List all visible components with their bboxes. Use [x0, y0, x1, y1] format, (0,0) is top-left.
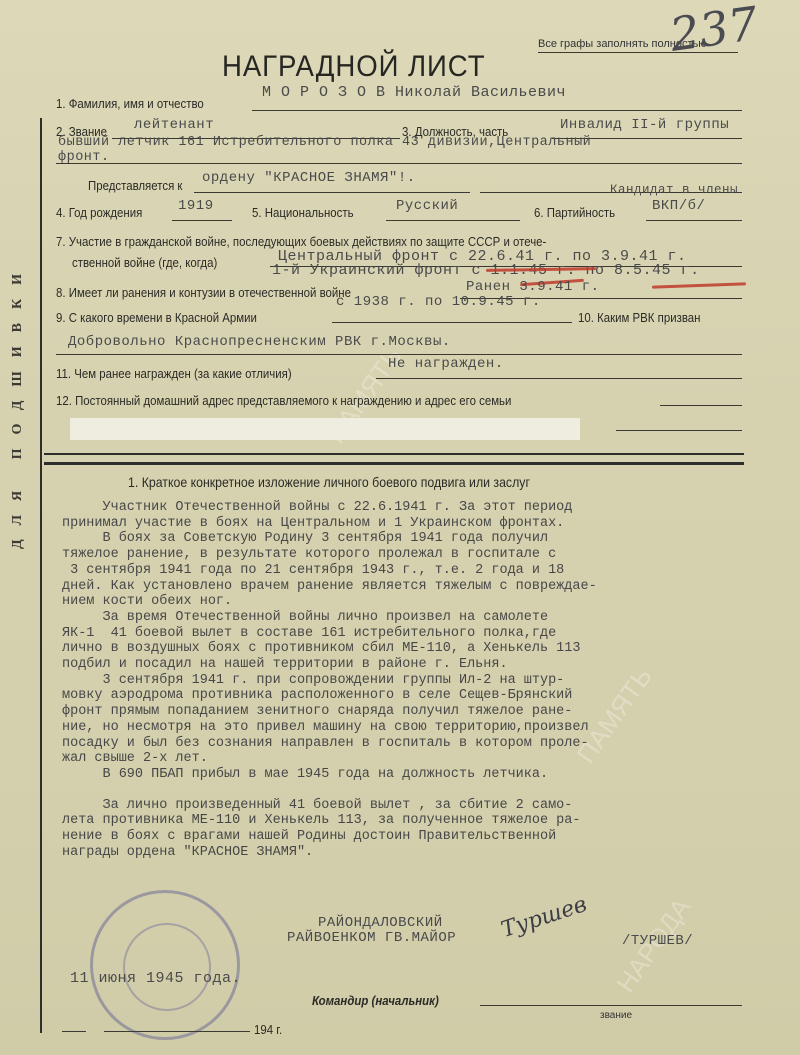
- narrative-line: принимал участие в боях на Центральном и…: [62, 516, 597, 532]
- field-position-value-line2: бывший летчик 161 Истребительного полка …: [58, 135, 591, 150]
- section-heading: 1. Краткое конкретное изложение личного …: [128, 474, 530, 490]
- narrative-line: нение в боях с врагами нашей Родины дост…: [62, 829, 597, 845]
- field-wounds-label: 8. Имеет ли ранения и контузии в отечест…: [56, 285, 351, 300]
- field-wounds-value: Ранен 3.9.41 г.: [466, 279, 600, 295]
- rank-caption: звание: [600, 1010, 632, 1021]
- signature-date: 11 июня 1945 года.: [70, 970, 241, 987]
- field-name-value: М О Р О З О В Николай Васильевич: [262, 84, 566, 101]
- narrative-line: тяжелое ранение, в результате которого п…: [62, 547, 597, 563]
- field-war-participation-label: 7. Участие в гражданской войне, последую…: [56, 234, 546, 249]
- field-draft-office-value: Добровольно Краснопресненским РВК г.Моск…: [68, 334, 451, 350]
- narrative-line: лета противника МЕ-110 и Хенькель 113, з…: [62, 813, 597, 829]
- narrative-line: жал свыше 2-х лет.: [62, 751, 597, 767]
- narrative-line: ЯК-1 41 боевой вылет в составе 161 истре…: [62, 626, 597, 642]
- commander-label: Командир (начальник): [312, 993, 439, 1008]
- narrative-line: За время Отечественной войны лично произ…: [62, 610, 597, 626]
- field-nationality-value: Русский: [396, 198, 458, 214]
- narrative-line: посадку и был без сознания направлен в г…: [62, 736, 597, 752]
- field-party-label: 6. Партийность: [534, 205, 615, 220]
- narrative-text: Участник Отечественной войны с 22.6.1941…: [62, 500, 597, 860]
- field-previous-awards-value: Не награжден.: [388, 356, 504, 372]
- field-nationality-label: 5. Национальность: [252, 205, 354, 220]
- narrative-line: ние, но несмотря на это привел машину на…: [62, 720, 597, 736]
- narrative-line: 3 сентября 1941 г. при сопровождении гру…: [62, 673, 597, 689]
- narrative-line: В 690 ПБАП прибыл в мае 1945 года на дол…: [62, 767, 597, 783]
- redacted-address: [70, 418, 580, 440]
- narrative-line: Участник Отечественной войны с 22.6.1941…: [62, 500, 597, 516]
- narrative-line: дней. Как установлено врачем ранение явл…: [62, 579, 597, 595]
- narrative-line: награды ордена "КРАСНОЕ ЗНАМЯ".: [62, 845, 597, 861]
- field-birth-year-label: 4. Год рождения: [56, 205, 142, 220]
- field-service-since-value: с 1938 г. по 10.9.45 г.: [336, 294, 541, 310]
- signer-org-line1: РАЙОНДАЛОВСКИЙ: [318, 915, 443, 931]
- field-war-participation-label-2: ственной войне (где, когда): [72, 255, 217, 270]
- binding-margin-line: [40, 118, 42, 1033]
- narrative-line: нием кости обеих ног.: [62, 594, 597, 610]
- field-service-since-label: 9. С какого времени в Красной Армии: [56, 310, 257, 325]
- presented-label: Представляется к: [88, 178, 182, 193]
- narrative-line: мовку аэродрома противника расположенног…: [62, 688, 597, 704]
- official-stamp: [90, 890, 240, 1040]
- field-previous-awards-label: 11. Чем ранее награжден (за какие отличи…: [56, 366, 292, 381]
- field-position-value: Инвалид II-й группы: [560, 117, 729, 133]
- field-name-label: 1. Фамилия, имя и отчество: [56, 96, 204, 111]
- narrative-line: 3 сентября 1941 года по 21 сентября 1943…: [62, 563, 597, 579]
- narrative-line: [62, 783, 597, 798]
- date-blank: 194 г.: [254, 1022, 282, 1037]
- narrative-line: подбил и посадил на нашей территории в р…: [62, 657, 597, 673]
- field-draft-office-label: 10. Каким РВК призван: [578, 310, 700, 325]
- narrative-line: В боях за Советскую Родину 3 сентября 19…: [62, 531, 597, 547]
- narrative-line: фронт прямым попаданием зенитного снаряд…: [62, 704, 597, 720]
- side-label: ДЛЯ ПОДШИВКИ: [10, 260, 32, 549]
- narrative-line: лично в воздушных боях с противником сби…: [62, 641, 597, 657]
- field-address-label: 12. Постоянный домашний адрес представля…: [56, 393, 511, 408]
- page-title: НАГРАДНОЙ ЛИСТ: [222, 50, 485, 84]
- party-note: Кандидат в члены: [610, 183, 738, 197]
- field-rank-value: лейтенант: [134, 117, 214, 133]
- field-party-value: ВКП/б/: [652, 198, 705, 214]
- presented-value: ордену "КРАСНОЕ ЗНАМЯ"!.: [202, 170, 416, 186]
- signer-title: РАЙВОЕНКОМ ГВ.МАЙОР: [287, 930, 456, 946]
- signer-name: /ТУРШЕВ/: [622, 933, 693, 949]
- field-birth-year-value: 1919: [178, 198, 214, 214]
- narrative-line: За лично произведенный 41 боевой вылет ,…: [62, 798, 597, 814]
